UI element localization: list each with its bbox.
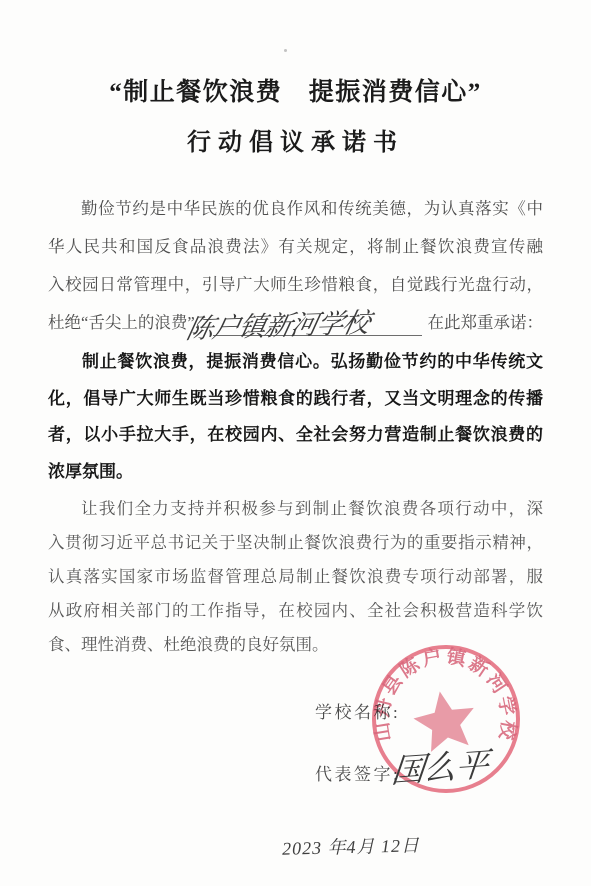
text-line: 制止餐饮浪费，提振消费信心。弘扬勤俭节约的中华传统文 [48, 344, 543, 381]
handwritten-school-name: 陈户镇新河学校 [183, 304, 373, 349]
text-line: 入校园日常管理中，引导广大师生珍惜粮食，自觉践行光盘行动， [48, 266, 543, 304]
paragraph-intro: 勤俭节约是中华民族的优良作风和传统美德，为认真落实《中华人民共和国反食品浪费法》… [48, 190, 543, 342]
text-line: 勤俭节约是中华民族的优良作风和传统美德，为认真落实《中 [48, 190, 543, 228]
blank-line-suffix: 在此郑重承诺： [428, 304, 544, 342]
document-title-line1: “制止餐饮浪费 提振消费信心” [0, 72, 591, 108]
text-line: 华人民共和国反食品浪费法》有关规定，将制止餐饮浪费宣传融 [48, 228, 543, 266]
text-line: 认真落实国家市场监督管理总局制止餐饮浪费专项行动部署，服 [48, 560, 543, 594]
text-line: 入贯彻习近平总书记关于坚决制止餐饮浪费行为的重要指示精神， [48, 526, 543, 560]
paragraph-action: 让我们全力支持并积极参与到制止餐饮浪费各项行动中，深入贯彻习近平总书记关于坚决制… [48, 492, 543, 662]
text-line: 浓厚氛围。 [48, 454, 543, 491]
handwritten-signature: 国么平 [390, 738, 491, 792]
fill-in-blank-line: 杜绝“舌尖上的浪费”， 陈户镇新河学校 在此郑重承诺： [48, 304, 543, 342]
document-title-line2: 行动倡议承诺书 [0, 122, 591, 157]
school-name-blank: 陈户镇新河学校 [213, 305, 421, 336]
handwritten-date: 2023 年4月 12日 [282, 831, 421, 861]
scan-speck [284, 49, 287, 52]
text-line: 从政府相关部门的工作指导，在校园内、全社会积极营造科学饮 [48, 594, 543, 628]
paragraph-intro-lines: 勤俭节约是中华民族的优良作风和传统美德，为认真落实《中华人民共和国反食品浪费法》… [48, 190, 543, 304]
paragraph-pledge-bold: 制止餐饮浪费，提振消费信心。弘扬勤俭节约的中华传统文化，倡导广大师生既当珍惜粮食… [48, 344, 543, 490]
text-line: 者，以小手拉大手，在校园内、全社会努力营造制止餐饮浪费的 [48, 417, 543, 454]
text-line: 让我们全力支持并积极参与到制止餐饮浪费各项行动中，深 [48, 492, 543, 526]
text-line: 化，倡导广大师生既当珍惜粮食的践行者，又当文明理念的传播 [48, 381, 543, 418]
pledge-document-page: “制止餐饮浪费 提振消费信心” 行动倡议承诺书 勤俭节约是中华民族的优良作风和传… [0, 0, 591, 886]
